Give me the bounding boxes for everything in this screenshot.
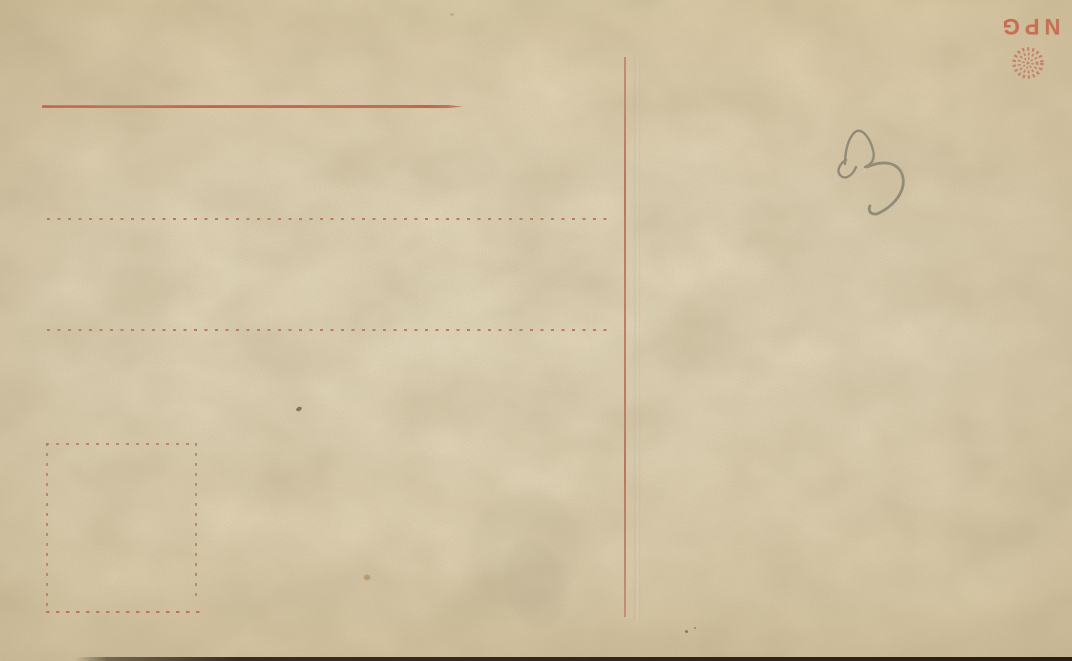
stamp-box-edge-bottom bbox=[46, 611, 204, 613]
scan-edge-bottom bbox=[0, 657, 1072, 661]
publisher-mark-text: NPG bbox=[993, 8, 1065, 44]
address-dotted-line bbox=[47, 218, 613, 220]
rosette-stamp-icon bbox=[1009, 44, 1047, 82]
address-dotted-line bbox=[47, 329, 607, 331]
postcard-scan: NPG B bbox=[0, 0, 1072, 661]
stamp-box-edge-left bbox=[46, 443, 48, 612]
pencil-monogram: B bbox=[815, 112, 925, 222]
stamp-box-edge-top bbox=[46, 443, 196, 445]
paper-speck bbox=[685, 630, 688, 633]
stamp-box-edge-right bbox=[195, 443, 197, 603]
printed-title-rule bbox=[42, 105, 463, 108]
paper-smudge bbox=[410, 150, 500, 190]
paper-speck bbox=[364, 575, 370, 580]
paper-crease bbox=[633, 55, 641, 621]
paper-speck bbox=[295, 406, 302, 412]
paper-speck bbox=[694, 627, 696, 629]
paper-shading-right bbox=[932, 0, 1072, 661]
paper-speck bbox=[450, 13, 454, 16]
center-divider-rule bbox=[624, 57, 626, 617]
